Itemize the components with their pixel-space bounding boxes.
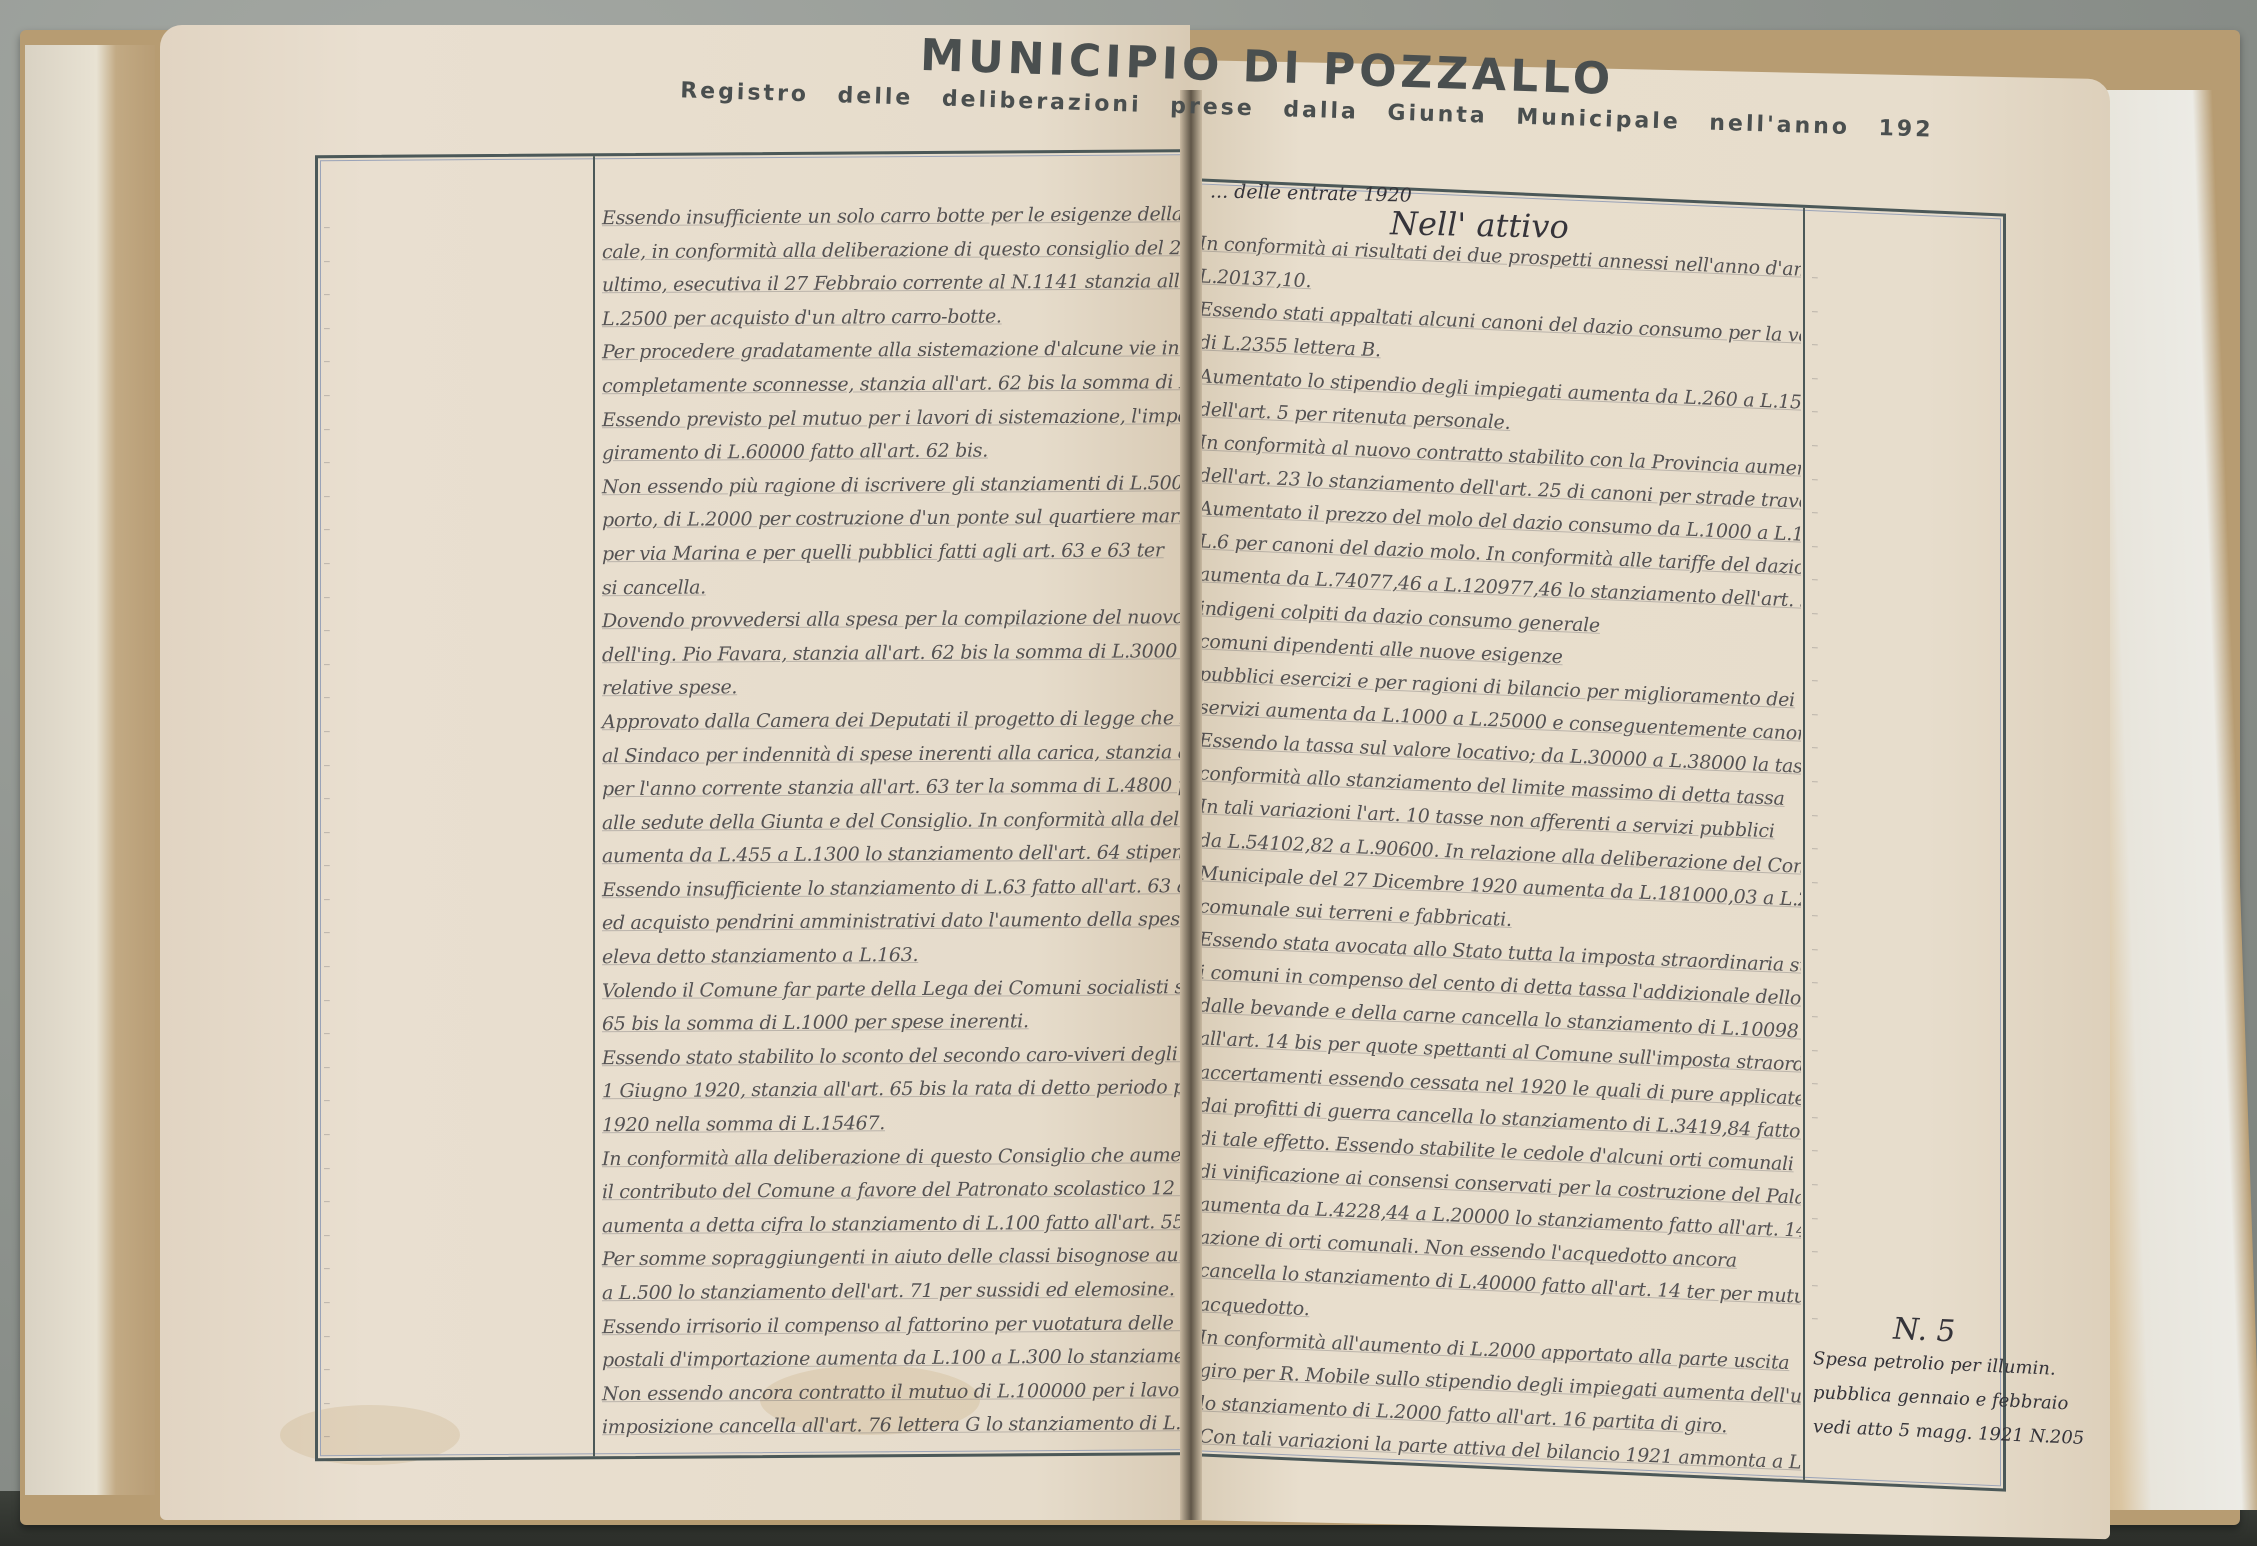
handwritten-line: ultimo, esecutiva il 27 Febbraio corrent… <box>596 265 1238 303</box>
handwritten-line: si cancella. <box>596 567 1238 605</box>
handwritten-line: giramento di L.60000 fatto all'art. 62 b… <box>596 433 1238 471</box>
ruled-line <box>318 1109 593 1145</box>
ruled-line <box>318 437 593 473</box>
ruled-line <box>318 874 593 910</box>
ruled-line <box>318 841 593 877</box>
ruled-line <box>318 807 593 843</box>
handwritten-line: relative spese. <box>596 668 1238 706</box>
handwritten-line: Volendo il Comune far parte della Lega d… <box>596 970 1238 1008</box>
ruled-line <box>318 1009 593 1045</box>
ruled-line <box>318 404 593 440</box>
ruled-line <box>318 337 593 373</box>
right-body-lines: In conformità ai risultati dei due prosp… <box>1193 181 1801 1480</box>
handwritten-line: eleva detto stanziamento a L.163. <box>596 937 1238 975</box>
handwritten-line: completamente sconnesse, stanzia all'art… <box>596 366 1238 404</box>
ruled-line <box>318 505 593 541</box>
handwritten-line: 65 bis la somma di L.1000 per spese iner… <box>596 1004 1238 1042</box>
handwritten-line: Approvato dalla Camera dei Deputati il p… <box>596 702 1238 740</box>
ruled-line <box>318 1311 593 1347</box>
handwritten-line: Dovendo provvedersi alla spesa per la co… <box>596 601 1238 639</box>
handwritten-line: per l'anno corrente stanzia all'art. 63 … <box>596 769 1238 807</box>
handwritten-line: Non essendo ancora contratto il mutuo di… <box>596 1374 1238 1412</box>
right-page: In conformità ai risultati dei due prosp… <box>1190 60 2110 1539</box>
ruled-line <box>318 1143 593 1179</box>
handwritten-line: Essendo insufficiente lo stanziamento di… <box>596 870 1238 908</box>
handwritten-line: imposizione cancella all'art. 76 lettera… <box>596 1407 1238 1445</box>
margin-note-number: N. 5 <box>1893 1312 1956 1350</box>
handwritten-line: aumenta a detta cifra lo stanziamento di… <box>596 1206 1238 1244</box>
ruled-line <box>318 773 593 809</box>
ruled-line <box>318 1177 593 1213</box>
ruled-line <box>318 471 593 507</box>
handwritten-line: Essendo previsto pel mutuo per i lavori … <box>596 399 1238 437</box>
handwritten-line: L.2500 per acquisto d'un altro carro-bot… <box>596 299 1238 337</box>
handwritten-line: al Sindaco per indennità di spese ineren… <box>596 735 1238 773</box>
ruled-line <box>318 1412 593 1448</box>
handwritten-line: postali d'importazione aumenta da L.100 … <box>596 1340 1238 1378</box>
right-margin-column <box>1806 208 2003 1489</box>
ruled-line <box>318 975 593 1011</box>
handwritten-line: 1920 nella somma di L.15467. <box>596 1105 1238 1143</box>
handwritten-line: In conformità alla deliberazione di ques… <box>596 1138 1238 1176</box>
right-margin-column-divider <box>1803 208 1805 1480</box>
ruled-line <box>318 1344 593 1380</box>
handwritten-line: il contributo del Comune a favore del Pa… <box>596 1172 1238 1210</box>
left-ruled-frame: Essendo insufficiente un solo carro bott… <box>315 149 1241 1461</box>
book-left-endpaper <box>25 45 155 1495</box>
handwritten-line: Essendo insufficiente un solo carro bott… <box>596 198 1238 236</box>
ruled-line <box>318 269 593 305</box>
ruled-line <box>318 605 593 641</box>
top-note: ... delle entrate 1920 <box>1210 180 1412 206</box>
handwritten-line: Essendo irrisorio il compenso al fattori… <box>596 1306 1238 1344</box>
handwritten-line: per via Marina e per quelli pubblici fat… <box>596 534 1238 572</box>
ruled-line <box>318 1210 593 1246</box>
handwritten-line: cale, in conformità alla deliberazione d… <box>596 231 1238 269</box>
ruled-line <box>318 370 593 406</box>
left-margin-column-divider <box>593 156 595 1456</box>
handwritten-line: dell'ing. Pio Favara, stanzia all'art. 6… <box>596 635 1238 673</box>
ruled-line <box>318 1076 593 1112</box>
ruled-line <box>318 1042 593 1078</box>
ruled-line <box>318 538 593 574</box>
section-heading: Nell' attivo <box>1390 204 1569 246</box>
ruled-line <box>318 202 593 238</box>
ruled-line <box>318 1378 593 1414</box>
ruled-line <box>318 1244 593 1280</box>
handwritten-line: Per procedere gradatamente alla sistemaz… <box>596 332 1238 370</box>
left-margin-column <box>318 156 593 1458</box>
handwritten-line: Non essendo più ragione di iscrivere gli… <box>596 467 1238 505</box>
ruled-line <box>318 639 593 675</box>
ruled-line <box>318 303 593 339</box>
right-ruled-frame: In conformità ai risultati dei due prosp… <box>1190 178 2006 1492</box>
handwritten-line: Essendo stato stabilito lo sconto del se… <box>596 1038 1238 1076</box>
ruled-line <box>318 706 593 742</box>
handwritten-line: Per somme sopraggiungenti in aiuto delle… <box>596 1239 1238 1277</box>
ruled-line <box>318 236 593 272</box>
handwritten-line: ed acquisto pendrini amministrativi dato… <box>596 903 1238 941</box>
ruled-line <box>318 1277 593 1313</box>
handwritten-line: porto, di L.2000 per costruzione d'un po… <box>596 500 1238 538</box>
ruled-line <box>318 908 593 944</box>
ruled-line <box>318 941 593 977</box>
ruled-line <box>318 572 593 608</box>
handwritten-line: 1 Giugno 1920, stanzia all'art. 65 bis l… <box>596 1071 1238 1109</box>
handwritten-line: alle sedute della Giunta e del Consiglio… <box>596 802 1238 840</box>
ruled-line <box>318 740 593 776</box>
ruled-line <box>318 673 593 709</box>
handwritten-line: a L.500 lo stanziamento dell'art. 71 per… <box>596 1273 1238 1311</box>
handwritten-line: aumenta da L.455 a L.1300 lo stanziament… <box>596 836 1238 874</box>
left-page: Essendo insufficiente un solo carro bott… <box>160 25 1190 1520</box>
left-body-lines: Essendo insufficiente un solo carro bott… <box>596 152 1238 1456</box>
book-gutter <box>1180 90 1202 1520</box>
